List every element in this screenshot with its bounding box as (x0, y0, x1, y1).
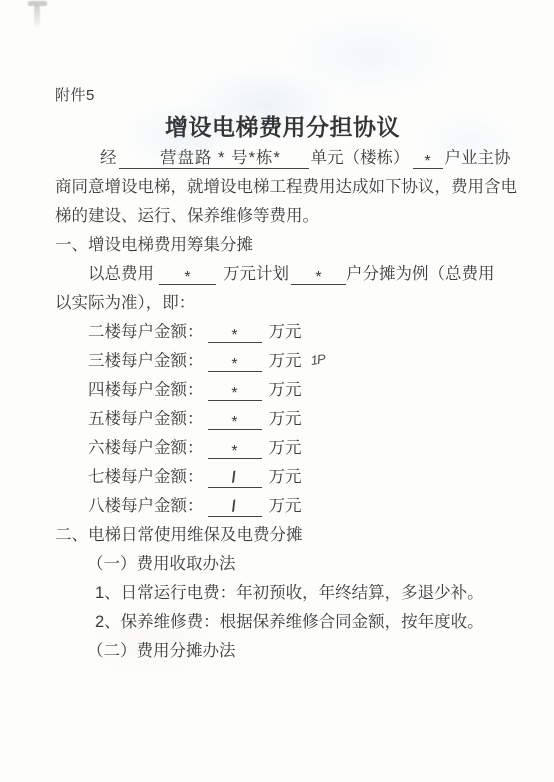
floor-label: 四楼每户金额： (88, 381, 204, 399)
handwritten-slash-mark: / (228, 495, 242, 518)
floor-amount-blank: * (208, 379, 262, 401)
floor-unit: 万元 (269, 381, 302, 399)
address-fill-blank: 营盘路 * 号*栋* (119, 147, 309, 169)
floor-label: 五楼每户金额： (88, 410, 204, 428)
floor-amount-fill: * (231, 443, 237, 460)
example-part1: 以总费用 (88, 265, 154, 283)
handwritten-note: 1P (308, 344, 326, 375)
floor-unit: 万元 (269, 439, 302, 457)
total-cost-fill: * (184, 269, 190, 286)
floor-amount-fill: * (231, 385, 237, 402)
cost-example-line-2: 以实际为准），即： (55, 289, 510, 318)
intro-line-1: 经营盘路 * 号*栋*单元（楼栋）*户业主协 (55, 144, 510, 173)
section2-sub-heading-1: （一）费用收取办法 (55, 550, 510, 579)
floor-amount-blank: / (208, 466, 262, 488)
scanned-document-page: 附件5 增设电梯费用分担协议 经营盘路 * 号*栋*单元（楼栋）*户业主协 商同… (0, 0, 554, 782)
floor-unit: 万元 (269, 468, 302, 486)
floor-label: 三楼每户金额： (88, 352, 204, 370)
floor-unit: 万元 (269, 410, 302, 428)
floor-amount-fill: * (231, 356, 237, 373)
handwritten-slash-mark: / (228, 466, 242, 489)
intro-line-3: 梯的建设、运行、保养维修等费用。 (55, 202, 510, 231)
cost-example-line-1: 以总费用*万元计划*户分摊为例（总费用 (55, 260, 510, 289)
attachment-label: 附件5 (55, 86, 510, 106)
floor-unit: 万元 (269, 497, 302, 515)
floor-amount-row-6f: 六楼每户金额：*万元 (55, 434, 510, 463)
intro-line-2: 商同意增设电梯，就增设电梯工程费用达成如下协议，费用含电 (55, 173, 510, 202)
floor-amount-fill: * (231, 414, 237, 431)
floor-amount-row-2f: 二楼每户金额：*万元 (55, 318, 510, 347)
address-fill-text: 营盘路 * 号*栋* (160, 149, 281, 167)
example-part2: 万元计划 (223, 265, 289, 283)
intro-mid: 单元（楼栋） (311, 149, 410, 167)
section2-item-1: 1、日常运行电费：年初预收，年终结算，多退少补。 (55, 579, 510, 608)
floor-amount-fill: * (231, 327, 237, 344)
document-body: 经营盘路 * 号*栋*单元（楼栋）*户业主协 商同意增设电梯，就增设电梯工程费用… (55, 144, 510, 666)
floor-unit: 万元 (269, 323, 302, 341)
floor-amount-row-7f: 七楼每户金额：/万元 (55, 463, 510, 492)
floor-amount-row-5f: 五楼每户金额：*万元 (55, 405, 510, 434)
floor-amount-row-3f: 三楼每户金额：*万元1P (55, 347, 510, 376)
floor-unit: 万元 (269, 352, 302, 370)
floor-amount-row-8f: 八楼每户金额：/万元 (55, 492, 510, 521)
section2-item-2: 2、保养维修费：根据保养维修合同金额，按年度收。 (55, 608, 510, 637)
floor-amount-blank: * (208, 321, 262, 343)
household-count-fill: * (424, 153, 430, 170)
share-count-blank: * (291, 263, 346, 285)
section2-sub-heading-2: （二）费用分摊办法 (55, 637, 510, 666)
floor-label: 二楼每户金额： (88, 323, 204, 341)
floor-label: 六楼每户金额： (88, 439, 204, 457)
section1-heading: 一、增设电梯费用筹集分摊 (55, 231, 510, 260)
total-cost-blank: * (159, 263, 216, 285)
floor-label: 八楼每户金额： (88, 497, 204, 515)
floor-amount-blank: / (208, 495, 262, 517)
floor-amount-blank: * (208, 408, 262, 430)
scan-artifact-mark (28, 1, 48, 29)
floor-amount-row-4f: 四楼每户金额：*万元 (55, 376, 510, 405)
floor-label: 七楼每户金额： (88, 468, 204, 486)
floor-amount-blank: * (208, 350, 262, 372)
scan-artifact-stem (34, 5, 40, 27)
share-count-fill: * (315, 269, 321, 286)
intro-lead: 经 (100, 149, 117, 167)
intro-tail: 户业主协 (445, 149, 511, 167)
document-title: 增设电梯费用分担协议 (55, 112, 510, 142)
example-part3: 户分摊为例（总费用 (346, 265, 495, 283)
section2-heading: 二、电梯日常使用维保及电费分摊 (55, 521, 510, 550)
floor-amount-blank: * (208, 437, 262, 459)
household-count-blank: * (413, 147, 443, 169)
